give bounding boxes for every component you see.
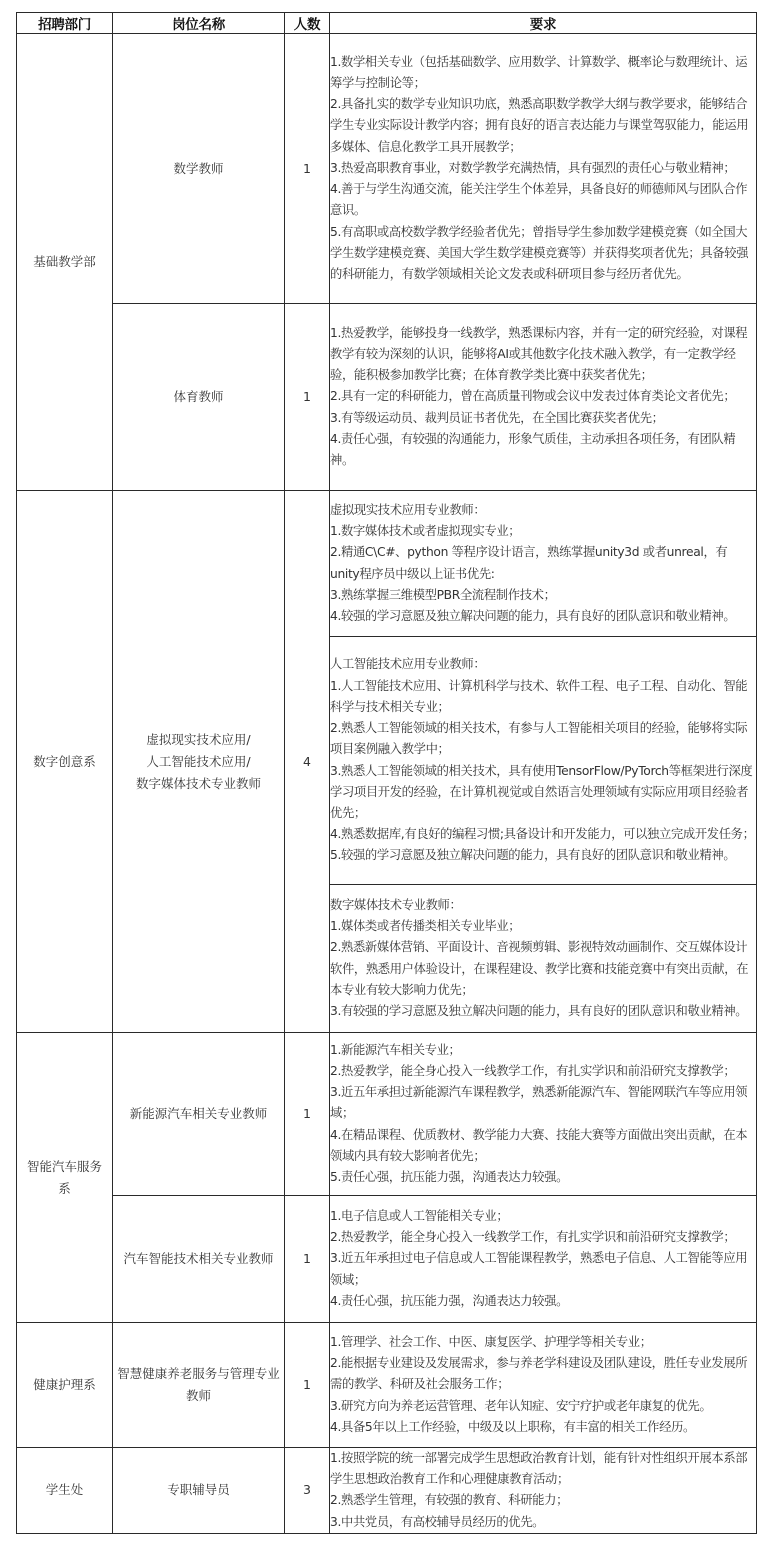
requirement-item: 4.善于与学生沟通交流，能关注学生个体差异，具备良好的师德师风与团队合作意识。 — [330, 179, 756, 221]
requirement-item: 3.研究方向为养老运营管理、老年认知症、安宁疗护或老年康复的优先。 — [330, 1396, 756, 1417]
table-row: 健康护理系 智慧健康养老服务与管理专业教师 1 1.管理学、社会工作、中医、康复… — [17, 1323, 757, 1448]
requirement-subtitle: 数字媒体技术专业教师： — [330, 895, 756, 916]
position-cell: 智慧健康养老服务与管理专业教师 — [113, 1323, 285, 1448]
table-row: 学生处 专职辅导员 3 1.按照学院的统一部署完成学生思想政治教育计划，能有针对… — [17, 1448, 757, 1534]
requirement-item: 4.在精品课程、优质教材、教学能力大赛、技能大赛等方面做出突出贡献，在本领域内具… — [330, 1125, 756, 1167]
header-position: 岗位名称 — [113, 13, 285, 34]
requirement-item: 2.热爱教学，能全身心投入一线教学工作，有扎实学识和前沿研究支撑教学； — [330, 1227, 756, 1248]
department-cell: 学生处 — [17, 1448, 113, 1534]
requirement-item: 5.有高职或高校数学教学经验者优先；曾指导学生参加数学建模竞赛（如全国大学生数学… — [330, 222, 756, 286]
position-cell: 虚拟现实技术应用/ 人工智能技术应用/ 数字媒体技术专业教师 — [113, 491, 285, 1033]
department-cell: 智能汽车服务系 — [17, 1033, 113, 1323]
requirement-item: 5.责任心强，抗压能力强，沟通表达力较强。 — [330, 1167, 756, 1188]
table-row: 智能汽车服务系 新能源汽车相关专业教师 1 1.新能源汽车相关专业； 2.热爱教… — [17, 1033, 757, 1196]
count-cell: 1 — [285, 304, 330, 491]
requirement-item: 2.具有一定的科研能力，曾在高质量刊物或会议中发表过体育类论文者优先； — [330, 386, 756, 407]
requirement-item: 3.熟练掌握三维模型PBR全流程制作技术； — [330, 585, 756, 606]
requirements-cell-vr: 虚拟现实技术应用专业教师： 1.数字媒体技术或者虚拟现实专业； 2.精通C\C#… — [330, 491, 757, 637]
requirement-item: 3.近五年承担过电子信息或人工智能课程教学，熟悉电子信息、人工智能等应用领域； — [330, 1248, 756, 1290]
header-count: 人数 — [285, 13, 330, 34]
requirement-item: 4.熟悉数据库,有良好的编程习惯;具备设计和开发能力，可以独立完成开发任务； — [330, 824, 756, 845]
department-cell: 健康护理系 — [17, 1323, 113, 1448]
requirement-item: 1.管理学、社会工作、中医、康复医学、护理学等相关专业； — [330, 1332, 756, 1353]
requirement-item: 2.熟悉学生管理，有较强的教育、科研能力； — [330, 1490, 756, 1511]
requirement-subtitle: 人工智能技术应用专业教师： — [330, 654, 756, 675]
requirement-item: 1.新能源汽车相关专业； — [330, 1040, 756, 1061]
requirement-item: 2.能根据专业建设及发展需求，参与养老学科建设及团队建设，胜任专业发展所需的教学… — [330, 1353, 756, 1395]
requirement-item: 3.中共党员，有高校辅导员经历的优先。 — [330, 1512, 756, 1533]
requirement-item: 2.精通C\C#、python 等程序设计语言，熟练掌握unity3d 或者un… — [330, 542, 756, 584]
requirement-item: 4.较强的学习意愿及独立解决问题的能力，具有良好的团队意识和敬业精神。 — [330, 606, 756, 627]
requirement-item: 2.熟悉新媒体营销、平面设计、音视频剪辑、影视特效动画制作、交互媒体设计软件，熟… — [330, 937, 756, 1001]
requirements-cell: 1.管理学、社会工作、中医、康复医学、护理学等相关专业； 2.能根据专业建设及发… — [330, 1323, 757, 1448]
requirement-item: 3.热爱高职教育事业，对数学教学充满热情，具有强烈的责任心与敬业精神； — [330, 158, 756, 179]
requirement-item: 4.具备5年以上工作经验，中级及以上职称，有丰富的相关工作经历。 — [330, 1417, 756, 1438]
requirement-item: 2.具备扎实的数学专业知识功底，熟悉高职数学教学大纲与教学要求，能够结合学生专业… — [330, 94, 756, 158]
position-cell: 数学教师 — [113, 34, 285, 304]
requirement-item: 1.媒体类或者传播类相关专业毕业； — [330, 916, 756, 937]
requirement-item: 1.按照学院的统一部署完成学生思想政治教育计划，能有针对性组织开展本系部学生思想… — [330, 1448, 756, 1490]
table-row: 数字创意系 虚拟现实技术应用/ 人工智能技术应用/ 数字媒体技术专业教师 4 虚… — [17, 491, 757, 637]
count-cell: 1 — [285, 1323, 330, 1448]
requirement-item: 1.数字媒体技术或者虚拟现实专业； — [330, 521, 756, 542]
position-cell: 新能源汽车相关专业教师 — [113, 1033, 285, 1196]
position-cell: 汽车智能技术相关专业教师 — [113, 1196, 285, 1323]
count-cell: 1 — [285, 34, 330, 304]
requirement-item: 5.较强的学习意愿及独立解决问题的能力，具有良好的团队意识和敬业精神。 — [330, 845, 756, 866]
requirement-item: 1.热爱教学，能够投身一线教学，熟悉课标内容，并有一定的研究经验，对课程教学有较… — [330, 323, 756, 387]
count-cell: 1 — [285, 1196, 330, 1323]
requirement-item: 4.责任心强，抗压能力强，沟通表达力较强。 — [330, 1291, 756, 1312]
header-department: 招聘部门 — [17, 13, 113, 34]
count-cell: 4 — [285, 491, 330, 1033]
requirement-subtitle: 虚拟现实技术应用专业教师： — [330, 500, 756, 521]
table-header-row: 招聘部门 岗位名称 人数 要求 — [17, 13, 757, 34]
requirement-item: 1.人工智能技术应用、计算机科学与技术、软件工程、电子工程、自动化、智能科学与技… — [330, 676, 756, 718]
position-line: 人工智能技术应用/ — [113, 751, 284, 773]
position-line: 虚拟现实技术应用/ — [113, 729, 284, 751]
table-row: 汽车智能技术相关专业教师 1 1.电子信息或人工智能相关专业； 2.热爱教学，能… — [17, 1196, 757, 1323]
requirement-item: 3.近五年承担过新能源汽车课程教学，熟悉新能源汽车、智能网联汽车等应用领域； — [330, 1082, 756, 1124]
requirements-cell-ai: 人工智能技术应用专业教师： 1.人工智能技术应用、计算机科学与技术、软件工程、电… — [330, 637, 757, 885]
department-cell: 基础教学部 — [17, 34, 113, 491]
position-cell: 体育教师 — [113, 304, 285, 491]
position-line: 数字媒体技术专业教师 — [113, 773, 284, 795]
requirements-cell: 1.新能源汽车相关专业； 2.热爱教学，能全身心投入一线教学工作，有扎实学识和前… — [330, 1033, 757, 1196]
requirements-cell: 1.数学相关专业（包括基础数学、应用数学、计算数学、概率论与数理统计、运筹学与控… — [330, 34, 757, 304]
requirement-item: 4.责任心强，有较强的沟通能力，形象气质佳，主动承担各项任务，有团队精神。 — [330, 429, 756, 471]
requirement-item: 2.热爱教学，能全身心投入一线教学工作，有扎实学识和前沿研究支撑教学； — [330, 1061, 756, 1082]
requirement-item: 3.有较强的学习意愿及独立解决问题的能力，具有良好的团队意识和敬业精神。 — [330, 1001, 756, 1022]
requirement-item: 1.电子信息或人工智能相关专业； — [330, 1206, 756, 1227]
requirement-item: 3.熟悉人工智能领域的相关技术，具有使用TensorFlow/PyTorch等框… — [330, 761, 756, 825]
department-cell: 数字创意系 — [17, 491, 113, 1033]
requirement-item: 3.有等级运动员、裁判员证书者优先，在全国比赛获奖者优先； — [330, 408, 756, 429]
table-row: 基础教学部 数学教师 1 1.数学相关专业（包括基础数学、应用数学、计算数学、概… — [17, 34, 757, 304]
header-requirements: 要求 — [330, 13, 757, 34]
requirements-cell: 1.热爱教学，能够投身一线教学，熟悉课标内容，并有一定的研究经验，对课程教学有较… — [330, 304, 757, 491]
requirements-cell-media: 数字媒体技术专业教师： 1.媒体类或者传播类相关专业毕业； 2.熟悉新媒体营销、… — [330, 885, 757, 1033]
requirements-cell: 1.电子信息或人工智能相关专业； 2.热爱教学，能全身心投入一线教学工作，有扎实… — [330, 1196, 757, 1323]
requirements-cell: 1.按照学院的统一部署完成学生思想政治教育计划，能有针对性组织开展本系部学生思想… — [330, 1448, 757, 1534]
requirement-item: 1.数学相关专业（包括基础数学、应用数学、计算数学、概率论与数理统计、运筹学与控… — [330, 52, 756, 94]
count-cell: 3 — [285, 1448, 330, 1534]
requirement-item: 2.熟悉人工智能领域的相关技术，有参与人工智能相关项目的经验，能够将实际项目案例… — [330, 718, 756, 760]
position-cell: 专职辅导员 — [113, 1448, 285, 1534]
table-row: 体育教师 1 1.热爱教学，能够投身一线教学，熟悉课标内容，并有一定的研究经验，… — [17, 304, 757, 491]
count-cell: 1 — [285, 1033, 330, 1196]
recruitment-table: 招聘部门 岗位名称 人数 要求 基础教学部 数学教师 1 1.数学相关专业（包括… — [16, 12, 757, 1534]
